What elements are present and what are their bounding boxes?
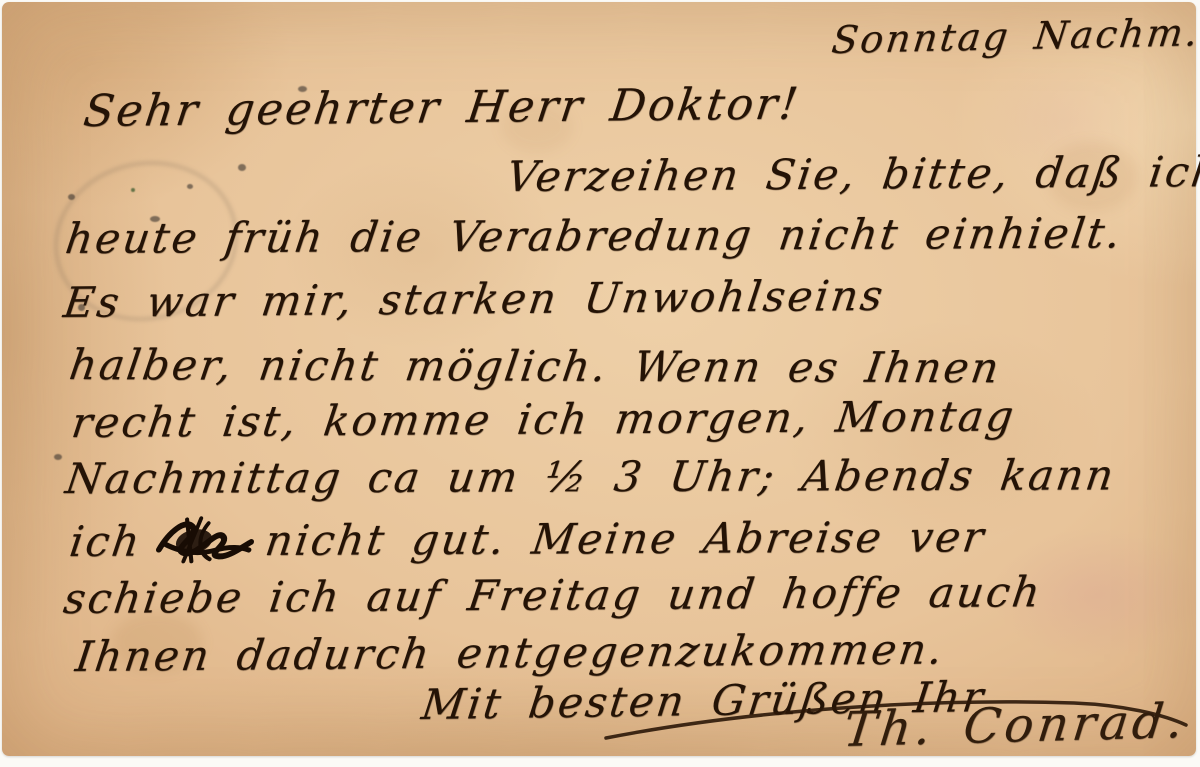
body-line: recht ist, komme ich morgen, Montag — [69, 391, 1019, 447]
dateline: Sonntag Nachm. — [829, 10, 1200, 62]
body-line-text: nicht gut. Meine Abreise ver — [262, 512, 989, 565]
body-line: Es war mir, starken Unwohlseins — [61, 271, 888, 327]
body-line: heute früh die Verabredung nicht einhiel… — [63, 208, 1126, 263]
body-line: Verzeihen Sie, bitte, daß ich — [504, 147, 1200, 201]
ink-speck — [54, 454, 62, 460]
signature: Th. Conrad. — [841, 693, 1190, 758]
body-line: Ihnen dadurch entgegenzukommen. — [73, 624, 948, 681]
body-line-text: ich — [67, 517, 145, 566]
ink-speck — [68, 194, 75, 200]
crossed-out-word-scribble — [148, 513, 260, 570]
body-line-with-scribble: ich nicht gut. Meine Abreise ver — [66, 509, 989, 570]
ink-speck — [131, 188, 135, 192]
body-line: halber, nicht möglich. Wenn es Ihnen — [66, 340, 1004, 392]
postcard-paper: Sonntag Nachm. Sehr geehrter Herr Doktor… — [2, 2, 1196, 756]
body-line: Nachmittag ca um ½ 3 Uhr; Abends kann — [63, 450, 1119, 503]
ink-speck — [187, 184, 193, 189]
ink-speck — [238, 164, 246, 171]
body-line: schiebe ich auf Freitag und hoffe auch — [61, 567, 1046, 623]
salutation: Sehr geehrter Herr Doktor! — [81, 79, 803, 137]
